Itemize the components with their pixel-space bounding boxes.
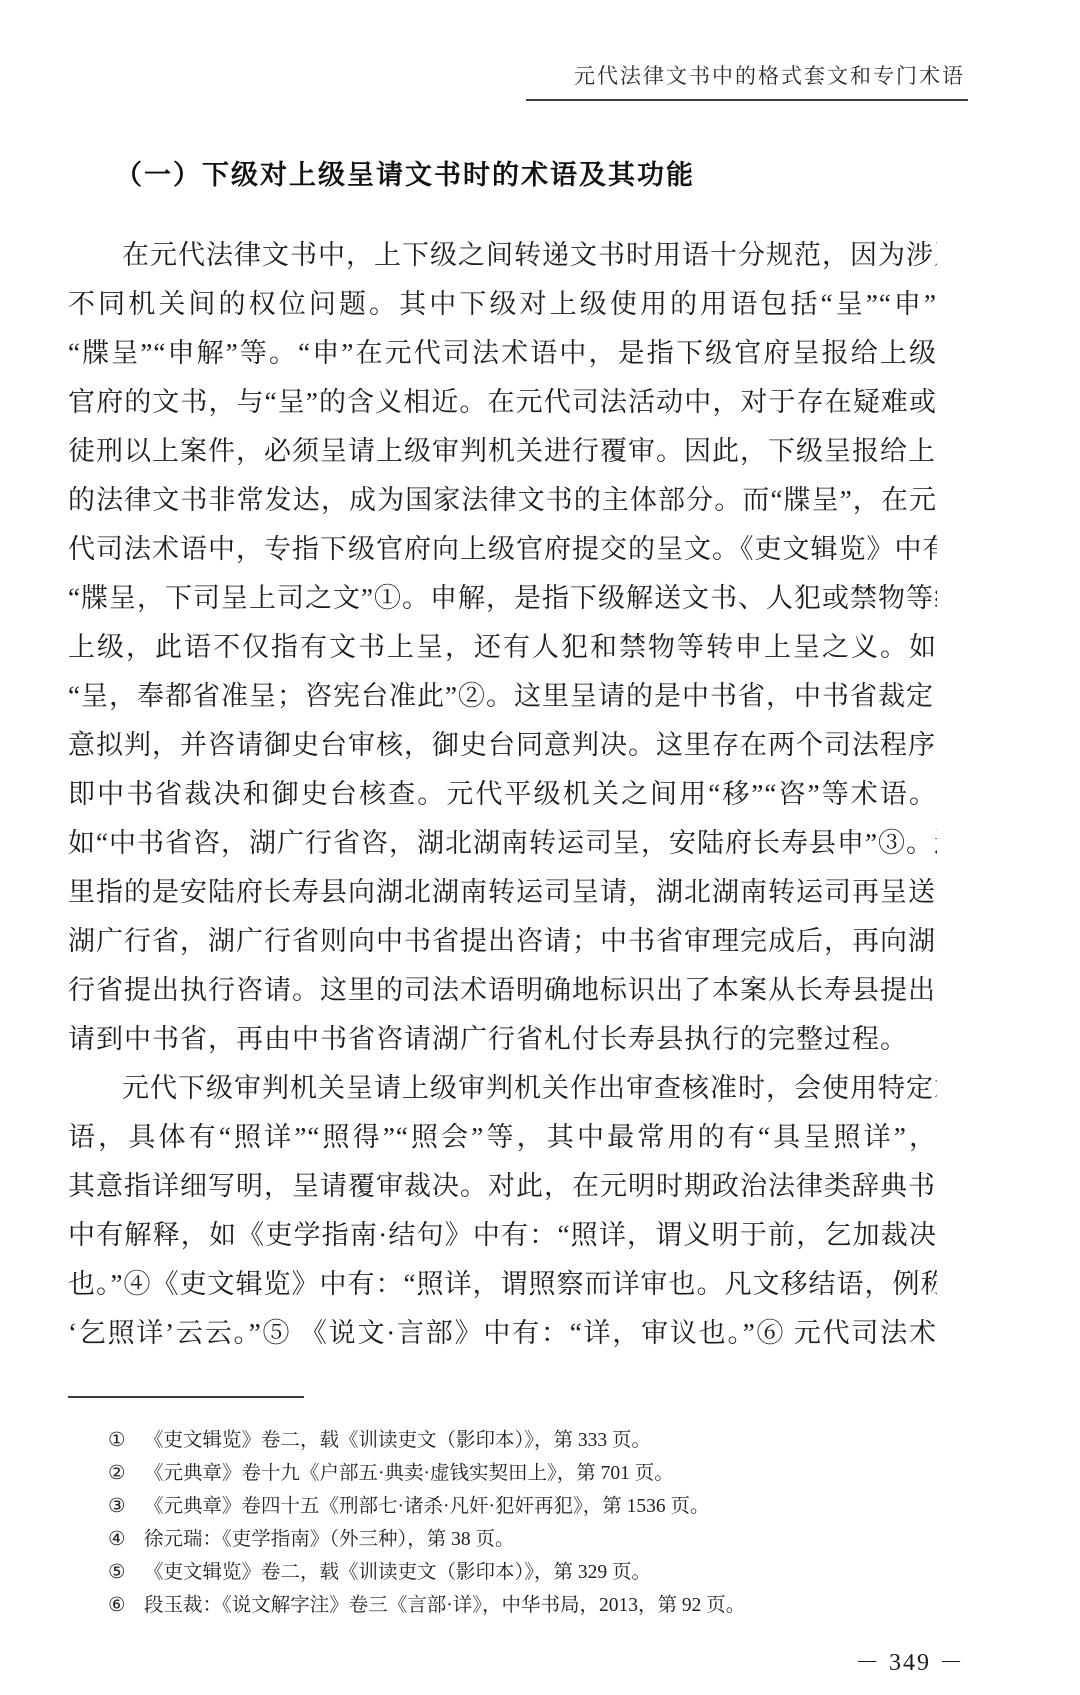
text-line: 不同机关间的权位问题。其中下级对上级使用的用语包括“呈”“申” [68, 280, 937, 329]
footnote-text: 《吏文辑览》卷二，载《训读吏文（影印本）》，第 333 页。 [144, 1424, 968, 1457]
text-line: “牒呈”“申解”等。“申”在元代司法术语中，是指下级官府呈报给上级 [68, 329, 937, 378]
text-line: 行省提出执行咨请。这里的司法术语明确地标识出了本案从长寿县提出呈 [68, 966, 937, 1015]
text-line: 意拟判，并咨请御史台审核，御史台同意判决。这里存在两个司法程序， [68, 721, 937, 770]
text-line: 中有解释，如《吏学指南·结句》中有：“照详，谓义明于前，乞加裁决 [68, 1211, 937, 1260]
text-line: ‘乞照详’云云。”⑤ 《说文·言部》中有：“详，审议也。”⑥ 元代司法术 [68, 1309, 937, 1358]
text-line: 在元代法律文书中，上下级之间转递文书时用语十分规范，因为涉及 [68, 231, 937, 280]
text-line: 里指的是安陆府长寿县向湖北湖南转运司呈请，湖北湖南转运司再呈送至 [68, 868, 937, 917]
footnote-marker: ⑥ [108, 1589, 144, 1622]
text-line: “牒呈，下司呈上司之文”①。申解，是指下级解送文书、人犯或禁物等给 [68, 574, 937, 623]
text-line: 即中书省裁决和御史台核查。元代平级机关之间用“移”“咨”等术语。 [68, 770, 937, 819]
footnotes: ① 《吏文辑览》卷二，载《训读吏文（影印本）》，第 333 页。 ② 《元典章》… [68, 1424, 968, 1622]
text-line: 元代下级审判机关呈请上级审判机关作出审查核准时，会使用特定术 [68, 1064, 937, 1113]
text-line: 上级，此语不仅指有文书上呈，还有人犯和禁物等转申上呈之义。如 [68, 623, 937, 672]
text-line: 也。”④《吏文辑览》中有：“照详，谓照察而详审也。凡文移结语，例称 [68, 1260, 937, 1309]
footnote-item: ⑥ 段玉裁：《说文解字注》卷三《言部·详》，中华书局，2013，第 92 页。 [68, 1589, 968, 1622]
footnote-text: 徐元瑞：《吏学指南》（外三种），第 38 页。 [144, 1523, 968, 1556]
footnote-text: 段玉裁：《说文解字注》卷三《言部·详》，中华书局，2013，第 92 页。 [144, 1589, 968, 1622]
footnote-separator [68, 1396, 304, 1398]
text-line: 其意指详细写明，呈请覆审裁决。对此，在元明时期政治法律类辞典书籍 [68, 1162, 937, 1211]
footnote-marker: ① [108, 1424, 144, 1457]
text-line: 湖广行省，湖广行省则向中书省提出咨请；中书省审理完成后，再向湖广 [68, 917, 937, 966]
section-heading: （一）下级对上级呈请文书时的术语及其功能 [115, 153, 695, 192]
text-line: 如“中书省咨，湖广行省咨，湖北湖南转运司呈，安陆府长寿县申”③。这 [68, 819, 937, 868]
footnote-marker: ④ [108, 1523, 144, 1556]
page-number: － 349 － [855, 1642, 965, 1677]
text-line: 请到中书省，再由中书省咨请湖广行省札付长寿县执行的完整过程。 [68, 1015, 937, 1064]
footnote-item: ④ 徐元瑞：《吏学指南》（外三种），第 38 页。 [68, 1523, 968, 1556]
footnote-item: ⑤ 《吏文辑览》卷二，载《训读吏文（影印本）》，第 329 页。 [68, 1556, 968, 1589]
text-line: 语，具体有“照详”“照得”“照会”等，其中最常用的有“具呈照详”， [68, 1113, 937, 1162]
header-rule [526, 99, 968, 101]
footnote-item: ② 《元典章》卷十九《户部五·典卖·虚钱实契田上》，第 701 页。 [68, 1457, 968, 1490]
book-page: 元代法律文书中的格式套文和专门术语 （一）下级对上级呈请文书时的术语及其功能 在… [0, 0, 1080, 1695]
footnote-item: ① 《吏文辑览》卷二，载《训读吏文（影印本）》，第 333 页。 [68, 1424, 968, 1457]
footnote-item: ③ 《元典章》卷四十五《刑部七·诸杀·凡奸·犯奸再犯》，第 1536 页。 [68, 1490, 968, 1523]
text-line: 代司法术语中，专指下级官府向上级官府提交的呈文。《吏文辑览》中有 [68, 525, 937, 574]
footnote-text: 《元典章》卷十九《户部五·典卖·虚钱实契田上》，第 701 页。 [144, 1457, 968, 1490]
footnote-marker: ③ [108, 1490, 144, 1523]
text-line: 的法律文书非常发达，成为国家法律文书的主体部分。而“牒呈”，在元 [68, 476, 937, 525]
footnote-marker: ② [108, 1457, 144, 1490]
body-text: 在元代法律文书中，上下级之间转递文书时用语十分规范，因为涉及 不同机关间的权位问… [68, 231, 937, 1358]
text-line: 徒刑以上案件，必须呈请上级审判机关进行覆审。因此，下级呈报给上级 [68, 427, 937, 476]
running-header: 元代法律文书中的格式套文和专门术语 [574, 60, 965, 90]
footnote-marker: ⑤ [108, 1556, 144, 1589]
text-line: 官府的文书，与“呈”的含义相近。在元代司法活动中，对于存在疑难或 [68, 378, 937, 427]
text-line: “呈，奉都省准呈；咨宪台准此”②。这里呈请的是中书省，中书省裁定同 [68, 672, 937, 721]
footnote-text: 《吏文辑览》卷二，载《训读吏文（影印本）》，第 329 页。 [144, 1556, 968, 1589]
footnote-text: 《元典章》卷四十五《刑部七·诸杀·凡奸·犯奸再犯》，第 1536 页。 [144, 1490, 968, 1523]
